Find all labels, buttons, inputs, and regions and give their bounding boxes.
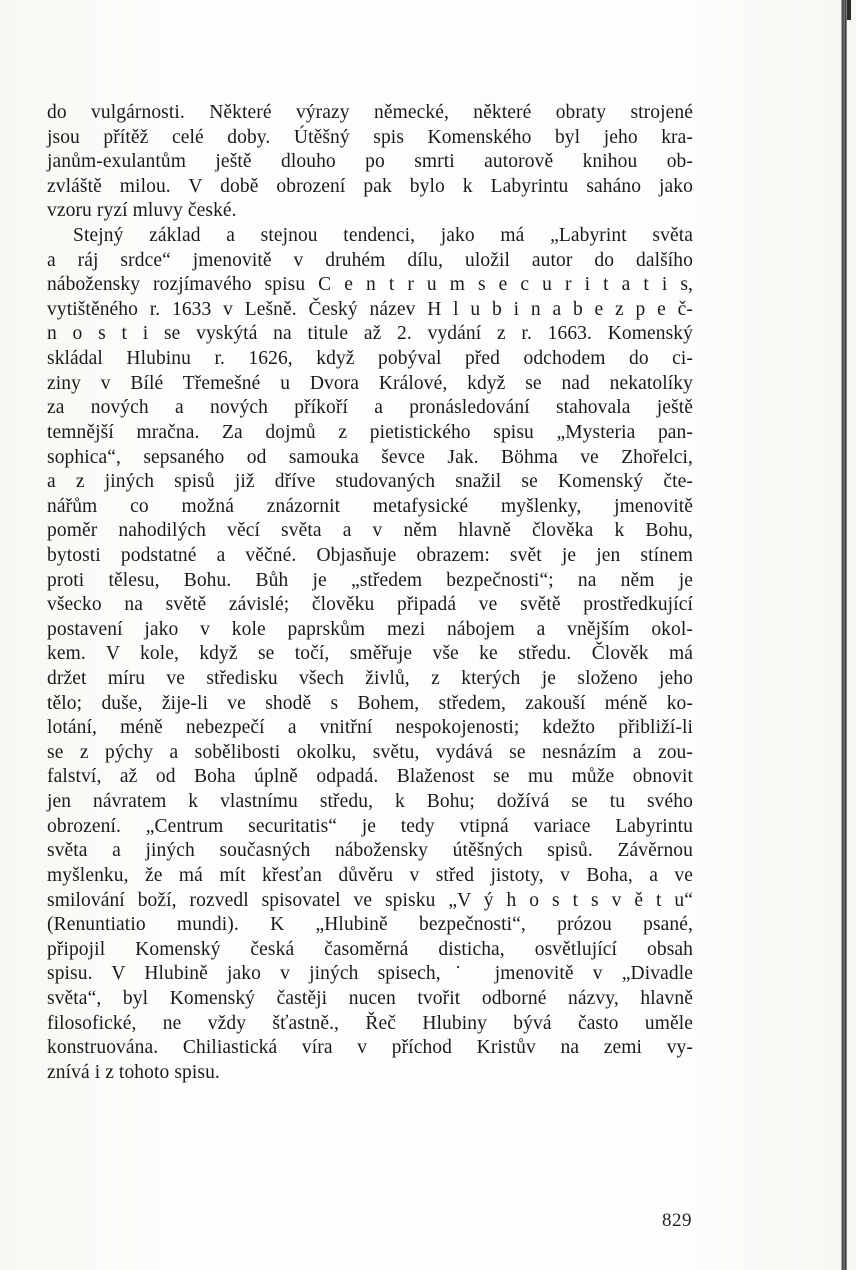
book-page: do vulgárnosti. Některé výrazy německé, … (0, 0, 856, 1270)
text-line: lotání, méně nebezpečí a vnitřní nespoko… (47, 716, 693, 741)
text-line: poměr nahodilých věcí světa a v něm hlav… (47, 519, 693, 544)
text-line: n o s t i se vyskýtá na titule až 2. vyd… (47, 322, 693, 347)
text-line: do vulgárnosti. Některé výrazy německé, … (47, 101, 693, 126)
text-line: smilování boží, rozvedl spisovatel ve sp… (47, 889, 693, 914)
text-line-paragraph-start: Stejný základ a stejnou tendenci, jako m… (47, 224, 693, 249)
text-line: se z pýchy a sobělibosti okolku, světu, … (47, 741, 693, 766)
text-line: vytištěného r. 1633 v Lešně. Český název… (47, 298, 693, 323)
text-line-paragraph-end: znívá i z tohoto spisu. (47, 1061, 693, 1086)
page-binding-edge (841, 0, 847, 1270)
text-line: ziny v Bílé Třemešné u Dvora Králové, kd… (47, 372, 693, 397)
text-line: tělo; duše, žije-li ve shodě s Bohem, st… (47, 692, 693, 717)
page-number: 829 (662, 1210, 692, 1232)
text-line: skládal Hlubinu r. 1626, když pobýval př… (47, 347, 693, 372)
text-line: držet míru ve středisku všech živlů, z k… (47, 667, 693, 692)
text-line: a ráj srdce“ jmenovitě v druhém dílu, ul… (47, 249, 693, 274)
text-line: myšlenku, že má mít křesťan důvěru v stř… (47, 864, 693, 889)
text-line: za nových a nových příkoří a pronásledov… (47, 396, 693, 421)
text-line: falství, až od Boha úplně odpadá. Blažen… (47, 765, 693, 790)
text-line: světa“, byl Komenský častěji nucen tvoři… (47, 987, 693, 1012)
text-line: jsou přítěž celé doby. Útěšný spis Komen… (47, 126, 693, 151)
text-line-paragraph-end: vzoru ryzí mluvy české. (47, 199, 693, 224)
text-line: nábožensky rozjímavého spisu C e n t r u… (47, 273, 693, 298)
text-line: nářům co možná znázornit metafysické myš… (47, 495, 693, 520)
text-line: světa a jiných současných nábožensky útě… (47, 839, 693, 864)
text-line: spisu. V Hlubině jako v jiných spisech,˙… (47, 962, 693, 987)
text-line: filosofické, ne vždy šťastně., Řeč Hlubi… (47, 1012, 693, 1037)
text-line: zvláště milou. V době obrození pak bylo … (47, 175, 693, 200)
text-line: a z jiných spisů již dříve studovaných s… (47, 470, 693, 495)
text-line: bytosti podstatné a věčné. Objasňuje obr… (47, 544, 693, 569)
text-line: všecko na světě závislé; člověku připadá… (47, 593, 693, 618)
text-line: postavení jako v kole paprskům mezi nábo… (47, 618, 693, 643)
text-line: jen návratem k vlastnímu středu, k Bohu;… (47, 790, 693, 815)
text-line: připojil Komenský česká časoměrná distic… (47, 938, 693, 963)
text-line: sophica“, sepsaného od samouka ševce Jak… (47, 446, 693, 471)
text-line: obrození. „Centrum securitatis“ je tedy … (47, 815, 693, 840)
text-line: (Renuntiatio mundi). K „Hlubině bezpečno… (47, 913, 693, 938)
text-line: janům-exulantům ještě dlouho po smrti au… (47, 150, 693, 175)
text-line: temnější mračna. Za dojmů z pietistickéh… (47, 421, 693, 446)
page-binding-edge-top (847, 0, 851, 20)
text-line: proti tělesu, Bohu. Bůh je „středem bezp… (47, 569, 693, 594)
text-line: konstruována. Chiliastická víra v přícho… (47, 1036, 693, 1061)
text-line: kem. V kole, když se točí, směřuje vše k… (47, 642, 693, 667)
body-text: do vulgárnosti. Některé výrazy německé, … (47, 101, 693, 1085)
